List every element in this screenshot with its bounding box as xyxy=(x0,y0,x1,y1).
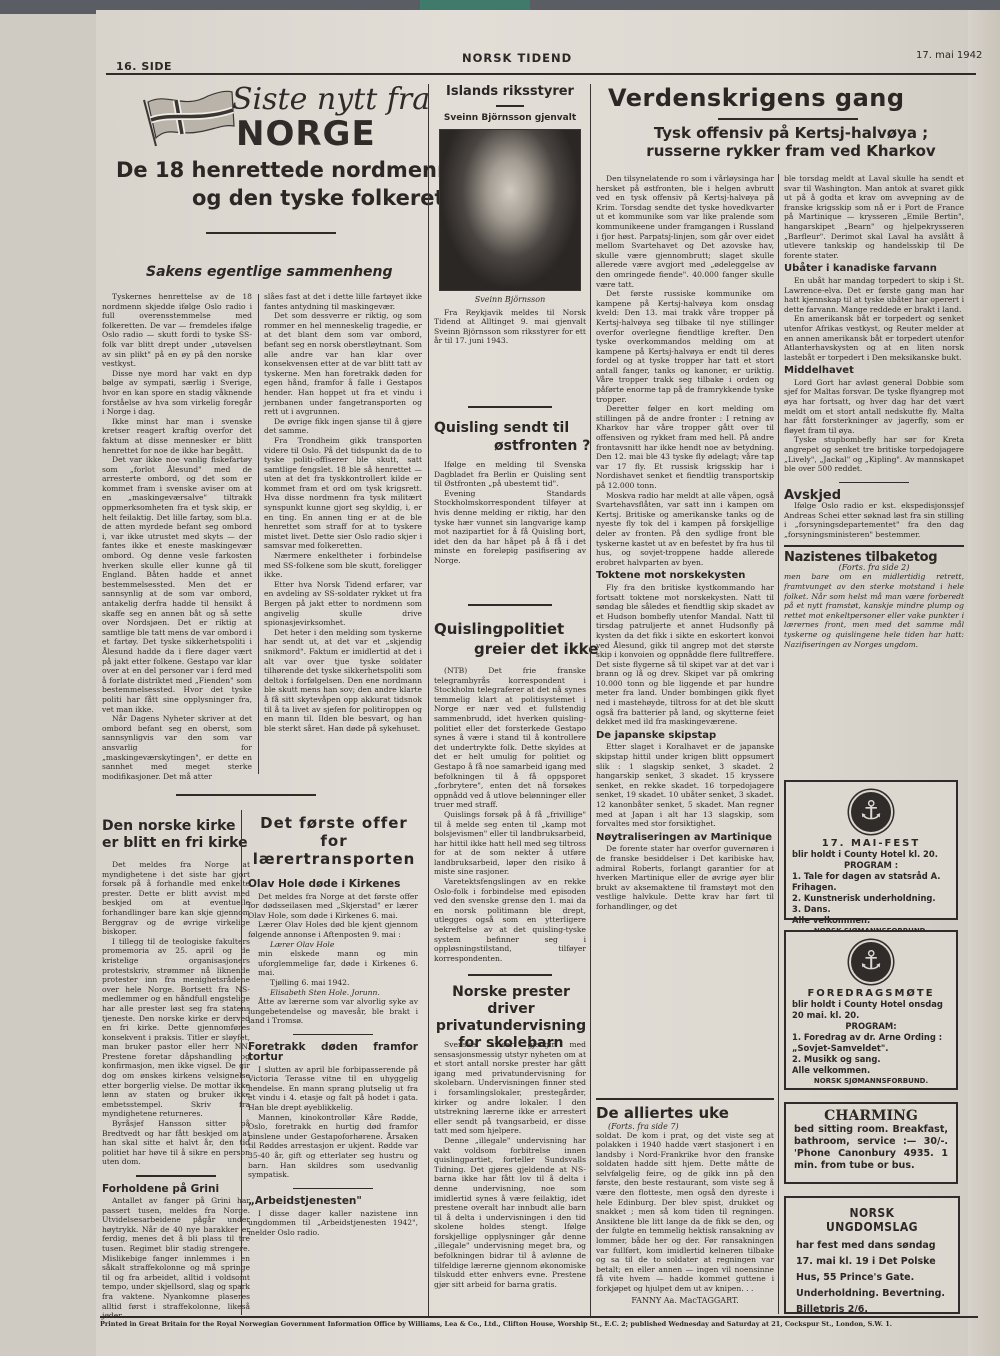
coast-subhead: Toktene mot norskekysten xyxy=(596,571,774,581)
norwegian-flag-icon xyxy=(138,82,238,148)
farewell-headline: Avskjed xyxy=(784,491,964,501)
martinique-subhead: Nøytraliseringen av Martinique xyxy=(596,833,774,843)
ad-line: PROGRAM: xyxy=(792,1021,950,1032)
column-rule xyxy=(778,174,779,1314)
paragraph: Nærmere enkeltheter i forbindelse med SS… xyxy=(264,551,422,580)
paragraph: Evening Standards Stockholmskorresponden… xyxy=(434,489,586,566)
paragraph: Svenske aviser gjengir med sensasjonsmes… xyxy=(434,1040,586,1136)
uboats-subhead: Ubåter i kanadiske farvann xyxy=(784,264,964,274)
lead-headline-2: og den tyske folkerett xyxy=(192,186,455,210)
paragraph: Det var ikke noe vanlig fiskefartøy som … xyxy=(102,455,252,714)
paragraph: I disse dager kaller nazistene inn ungdo… xyxy=(248,1209,418,1238)
paragraph: Det meldes fra Norge at myndighetene i d… xyxy=(102,860,250,937)
paragraph: Tyske stupbombefly har sør for Kreta ang… xyxy=(784,435,964,473)
japan-subhead: De japanske skipstap xyxy=(596,731,774,741)
paragraph: De forente stater har overfor guvernøren… xyxy=(596,844,774,911)
page-edge-shadow xyxy=(968,10,1000,1356)
ad-line: 2. Musikk og sang. xyxy=(792,1054,950,1065)
quisling-headline-2: østfronten ? xyxy=(494,438,590,454)
paragraph: Lord Gort har avløst general Dobbie som … xyxy=(784,378,964,436)
teacher-body: Olav Hole døde i Kirkenes Det meldes fra… xyxy=(248,876,418,1238)
iceland-subhead: Sveinn Björnsson gjenvalt xyxy=(434,113,586,123)
short-rule xyxy=(468,604,552,606)
paragraph: (NTB) Det frie franske telegrambyrås kor… xyxy=(434,666,586,810)
ad-line: PROGRAM : xyxy=(792,860,950,871)
column-rule xyxy=(241,810,242,1315)
ad-room: CHARMING bed sitting room. Breakfast, ba… xyxy=(784,1102,958,1184)
paragraph: Det første russiske kommunike om kampene… xyxy=(596,289,774,404)
paragraph: Ifølge en melding til Svenska Dagbladet … xyxy=(434,460,586,489)
ad-lecture: FOREDRAGSMØTE blir holdt i County Hotel … xyxy=(784,930,958,1090)
paragraph: ble torsdag meldt at Laval skulle ha sen… xyxy=(784,174,964,260)
ad-may-fest: 17. MAI-FEST blir holdt i County Hotel k… xyxy=(784,780,958,920)
ad-line: 1. Tale for dagen av statsråd A. Frihage… xyxy=(792,871,950,893)
paragraph: Etter slaget i Koralhavet er de japanske… xyxy=(596,742,774,828)
background-object xyxy=(420,0,530,10)
column-rule xyxy=(258,294,259,774)
column-rule xyxy=(590,84,591,1316)
grini-headline: Forholdene på Grini xyxy=(102,1185,250,1195)
paragraph: Tyskernes henrettelse av de 18 nordmenn … xyxy=(102,292,252,369)
paragraph: slåes fast at det i dette lille fartøyet… xyxy=(264,292,422,311)
short-rule xyxy=(468,406,552,408)
paragraph: Disse nye mord har vakt en dyp bølge av … xyxy=(102,369,252,417)
anchor-emblem-icon xyxy=(849,790,893,834)
ad-sponsor: NORSK SJØMANNSFORBUND. xyxy=(792,1076,950,1087)
ad-text: har fest med dans søndag 17. mai kl. 19 … xyxy=(796,1238,948,1318)
short-rule xyxy=(468,974,552,976)
church-headline: Den norske kirke er blitt en fri kirke xyxy=(102,818,252,852)
paragraph: Fra Trondheim gikk transporten videre ti… xyxy=(264,436,422,551)
paragraph: Etter hva Norsk Tidend erfarer, var en a… xyxy=(264,580,422,628)
torture-headline: Foretrakk døden framfor tortur xyxy=(248,1043,418,1062)
death-notice-signed: Elisabeth Sten Hole. Jorunn. xyxy=(248,988,418,998)
ad-line: Alle velkommen. xyxy=(792,1065,950,1076)
anchor-emblem-icon xyxy=(849,940,893,984)
ad-youth: NORSK UNGDOMSLAG har fest med dans sønda… xyxy=(784,1196,960,1314)
death-notice-name: Lærer Olav Hole xyxy=(248,940,418,950)
teacher-headline: Det første offer for lærertransporten xyxy=(248,814,420,868)
labour-headline: „Arbeidstjenesten" xyxy=(248,1197,418,1207)
paragraph: Det meldes fra Norge at det første offer… xyxy=(248,892,418,921)
lead-col-2: slåes fast at det i dette lille fartøyet… xyxy=(264,292,422,733)
quisling-body: Ifølge en melding til Svenska Dagbladet … xyxy=(434,460,586,566)
paragraph: Den tilsynelatende ro som i vårløysinga … xyxy=(596,174,774,289)
byline: FANNY Aa. MacTAGGART. xyxy=(596,1296,774,1305)
iceland-article: Islands riksstyrer Sveinn Björnsson gjen… xyxy=(434,84,586,346)
paragraph: En ubåt har mandag torpedert to skip i S… xyxy=(784,276,964,314)
paragraph: Byråsjef Hansson sitter på Bredtvedt og … xyxy=(102,1119,250,1167)
death-notice-place: Tjølling 6. mai 1942. xyxy=(248,978,418,988)
paper-name: NORSK TIDEND xyxy=(462,51,572,65)
paragraph: I slutten av april ble forbipasserende p… xyxy=(248,1065,418,1113)
banner-script: Siste nytt fra xyxy=(232,82,430,117)
war-subheads: Tysk offensiv på Kertsj-halvøya ; russer… xyxy=(596,124,986,160)
footer-rule xyxy=(100,1316,978,1318)
paragraph: Lærer Olav Holes død ble kjent gjennom f… xyxy=(248,920,418,939)
section-rule xyxy=(596,1098,774,1100)
short-rule xyxy=(136,1175,216,1177)
police-body: (NTB) Det frie franske telegrambyrås kor… xyxy=(434,666,586,963)
paragraph: De øvrige fikk ingen sjanse til å gjøre … xyxy=(264,417,422,436)
paragraph: Når Dagens Nyheter skriver at det ombord… xyxy=(102,714,252,781)
paragraph: Fly fra den britiske kystkommando har fo… xyxy=(596,583,774,727)
ad-line: blir holdt i County Hotel kl. 20. xyxy=(792,849,950,860)
newspaper-page: 16. SIDE NORSK TIDEND 17. mai 1942 Siste… xyxy=(96,10,1000,1356)
war-subhead-2: russerne rykker fram ved Kharkov xyxy=(596,142,986,160)
iceland-headline: Islands riksstyrer xyxy=(434,84,586,99)
ad-title: FOREDRAGSMØTE xyxy=(792,988,950,999)
paragraph: men bare om en midlertidig retrett, fram… xyxy=(784,572,964,649)
paragraph: Quislings forsøk på å få „frivillige" ti… xyxy=(434,810,586,877)
column-rule xyxy=(428,84,429,1316)
paragraph: Åtte av lærerne som var alvorlig syke av… xyxy=(248,997,418,1026)
paragraph: Det heter i den melding som tyskerne har… xyxy=(264,628,422,734)
footer-imprint: Printed in Great Britain for the Royal N… xyxy=(100,1320,980,1328)
paragraph: soldat. De kom i prat, og det viste seg … xyxy=(596,1131,774,1294)
war-col-2: ble torsdag meldt at Laval skulle ha sen… xyxy=(784,174,964,649)
short-rule xyxy=(718,118,858,120)
war-col-1: Den tilsynelatende ro som i vårløysinga … xyxy=(596,174,774,912)
paragraph: Varetektsfengslingen av en rekke Oslo-fo… xyxy=(434,877,586,963)
ad-line: 1. Foredrag av dr. Arne Ording : „Sovjet… xyxy=(792,1032,950,1054)
page-number: 16. SIDE xyxy=(116,60,172,73)
lead-headline-1: De 18 henrettede nordmenn xyxy=(116,158,452,182)
priests-body: Svenske aviser gjengir med sensasjonsmes… xyxy=(434,1040,586,1289)
nazi-retreat-headline: Nazistenes tilbaketog xyxy=(784,553,964,563)
ad-title: NORSK UNGDOMSLAG xyxy=(804,1206,941,1234)
photo-caption: Sveinn Björnsson xyxy=(434,295,586,304)
short-rule xyxy=(206,232,336,234)
masthead-rule xyxy=(106,73,976,75)
short-rule xyxy=(839,482,909,484)
paragraph: Deretter følger en kort melding om still… xyxy=(596,404,774,490)
short-rule xyxy=(496,105,524,107)
ad-text: bed sitting room. Breakfast, bathroom, s… xyxy=(794,1124,948,1172)
paragraph: En amerikansk båt er torpedert og senket… xyxy=(784,314,964,362)
paragraph: Ifølge Oslo radio er kst. ekspedisjonssj… xyxy=(784,501,964,539)
allies-headline: De alliertes uke xyxy=(596,1104,774,1122)
paragraph: Denne „illegale" undervisning har vakt v… xyxy=(434,1136,586,1290)
issue-date: 17. mai 1942 xyxy=(916,50,982,61)
paragraph: Moskva radio har meldt at alle våpen, og… xyxy=(596,491,774,568)
paragraph: Ikke minst har man i svenske kretser rea… xyxy=(102,417,252,455)
death-notice-text: min elskede mann og min uforglemmelige f… xyxy=(248,949,418,978)
ad-line: blir holdt i County Hotel onsdag 20 mai.… xyxy=(792,999,950,1021)
teacher-subhead: Olav Hole døde i Kirkenes xyxy=(248,880,418,890)
short-rule xyxy=(293,1034,373,1036)
war-subhead-1: Tysk offensiv på Kertsj-halvøya ; xyxy=(596,124,986,142)
police-headline-2: greier det ikke xyxy=(474,640,598,658)
paragraph: Mannen, kinokontrollør Kåre Rødde, Oslo,… xyxy=(248,1113,418,1180)
short-rule xyxy=(293,1188,373,1190)
paragraph: Det som dessverre er riktig, og som romm… xyxy=(264,311,422,417)
lead-col-1: Tyskernes henrettelse av de 18 nordmenn … xyxy=(102,292,252,781)
mediterranean-subhead: Middelhavet xyxy=(784,366,964,376)
ad-line: 2. Kunstnerisk underholdning. xyxy=(792,893,950,904)
section-rule xyxy=(784,545,964,547)
lead-subhead: Sakens egentlige sammenheng xyxy=(146,264,393,280)
ad-line: 3. Dans. xyxy=(792,904,950,915)
ad-title: CHARMING xyxy=(794,1108,948,1124)
portrait-photo xyxy=(439,129,581,291)
ad-title: 17. MAI-FEST xyxy=(792,838,950,849)
short-rule xyxy=(176,794,316,796)
continued-note: (Forts. fra side 7) xyxy=(596,1122,774,1131)
paragraph: I tillegg til de teologiske fakulters pr… xyxy=(102,937,250,1119)
church-body: Det meldes fra Norge at myndighetene i d… xyxy=(102,860,250,1321)
paragraph: Fra Reykjavik meldes til Norsk Tidend at… xyxy=(434,308,586,346)
ad-line: Alle velkommen. xyxy=(792,915,950,926)
allies-article: De alliertes uke (Forts. fra side 7) sol… xyxy=(596,1098,774,1305)
quisling-headline-1: Quisling sendt til xyxy=(434,420,569,436)
war-headline: Verdenskrigens gang xyxy=(608,84,905,112)
banner-title: NORGE xyxy=(236,114,376,154)
paragraph: Antallet av fanger på Grini har passert … xyxy=(102,1196,250,1321)
police-headline-1: Quislingpolitiet xyxy=(434,620,564,638)
